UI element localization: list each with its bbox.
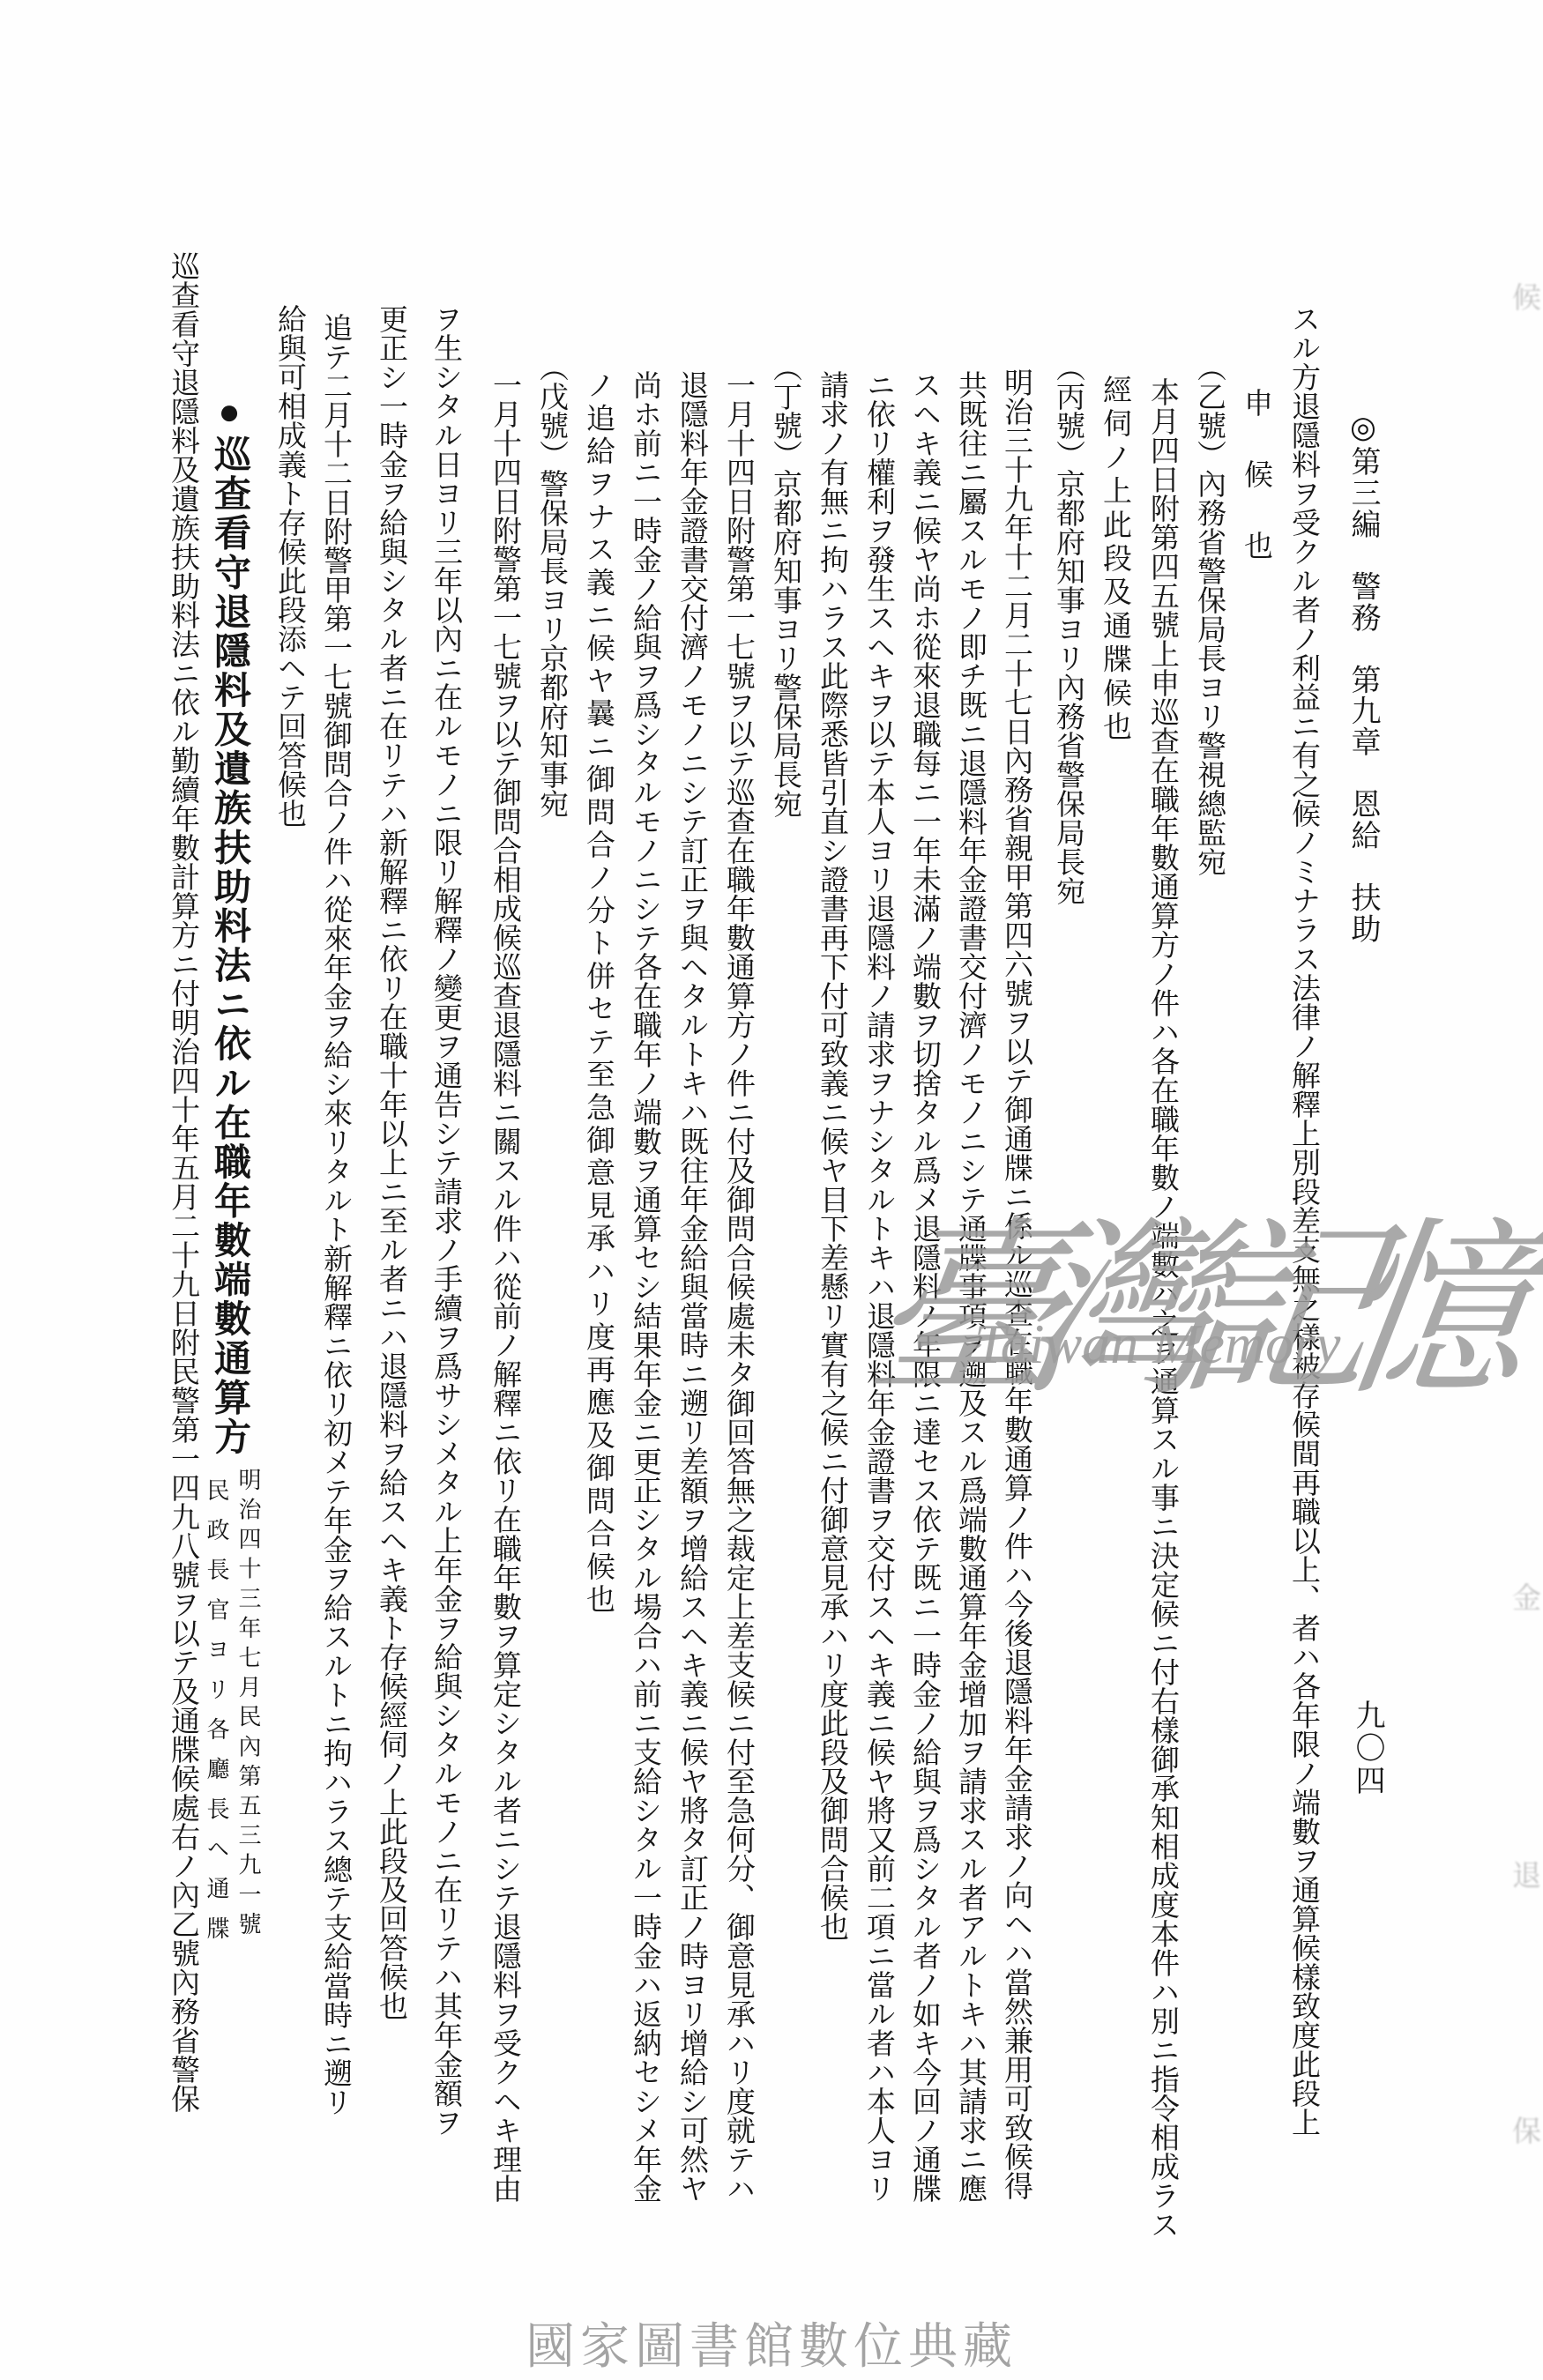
body-column-16: ノ追給ヲナス義ニ候ヤ曩ニ御問合ノ分ト併セテ至急御意見承ハリ度再應及御問合候也 <box>578 370 617 1613</box>
body-column-15: 尚ホ前ニ一時金ノ給與ヲ爲シタルモノニシテ各在職年ノ端數ヲ通算セシ結果年金ニ更正シ… <box>625 370 664 2111</box>
section-heading: ●巡查看守退隱料及遺族扶助料法ニ依ル在職年數端數通算方 <box>206 392 252 1454</box>
letter-heading-tei: ︵丁號︶京都府知事ヨリ警保局長宛 <box>765 353 804 807</box>
body-column-11: 請求ノ有無ニ拘ハラス此際悉皆引直シ證書再下付可致義ニ候ヤ目下差懸リ實有之候ニ付御… <box>812 370 851 1922</box>
edge-bleed-mark: 退 <box>1509 1860 1543 1889</box>
letter-heading-hei: ︵丙號︶京都府知事ヨリ內務省警保局長宛 <box>1048 353 1087 811</box>
edge-bleed-mark: 金 <box>1509 1582 1543 1611</box>
annotation-document-number: 明治四十三年七月民內第五三九一號 <box>235 1468 261 1935</box>
body-column-19: ヲ生シタル日ヨリ三年以內ニ在ルモノニ限リ解釋ノ變更ヲ通告シテ請求ノ手續ヲ爲サシメ… <box>426 304 465 2111</box>
body-column-14: 退隱料年金證書交付濟ノモノニシテ訂正ヲ與ヘタルトキハ既往年金給與當時ニ遡リ差額ヲ… <box>672 370 711 2111</box>
body-column-20: 更正シ一時金ヲ給與シタル者ニ在リテハ新解釋ニ依リ在職十年以上ニ至ル者ニハ退隱料ヲ… <box>371 304 410 1917</box>
letter-heading-otsu: ︵乙號︶內務省警保局長ヨリ警視總監宛 <box>1189 353 1228 818</box>
edge-bleed-mark: 候 <box>1509 282 1543 311</box>
taiwan-memory-watermark-latin: Taiwan Memory <box>974 1312 1468 1377</box>
running-head: ◎第三編 警務 第九章 恩給 扶助 <box>1344 410 1383 943</box>
annotation-sender: 民政長官ヨリ各廳長ヘ通牒 <box>203 1478 229 1939</box>
scanned-document-page: ◎第三編 警務 第九章 恩給 扶助 九〇四 スル方退隱料ヲ受クル者ノ利益ニ有之候… <box>0 0 1543 2380</box>
body-column-21: 追テ二月十二日附警甲第一七號御問合ノ件ハ從來年金ヲ給シ來リタルト新解釋ニ依リ初メ… <box>316 313 354 2111</box>
body-column-05: 經伺ノ上此段及通牒候也 <box>1095 375 1134 740</box>
body-column-22: 給與可相成義ト存候此段添ヘテ回答候也 <box>270 304 309 820</box>
body-column-26: 巡查看守退隱料及遺族扶助料法ニ依ル勤續年數計算方ニ付明治四十年五月二十九日附民警… <box>163 251 202 2107</box>
archive-credit: 國家圖書館數位典藏 <box>0 2308 1543 2378</box>
body-column-13: 一月十四日附警第一七號ヲ以テ巡查在職年數通算方ノ件ニ付及御問合候處未タ御回答無之… <box>719 370 757 2111</box>
page-number: 九〇四 <box>1347 1699 1386 1795</box>
edge-bleed-mark: 保 <box>1509 2116 1543 2145</box>
body-column-02: 申候也 <box>1236 388 1275 560</box>
body-column-18: 一月十四日附警第一七號ヲ以テ御問合相成候巡查退隱料ニ關スル件ハ從前ノ解釋ニ依リ在… <box>485 370 524 2111</box>
letter-heading-bo: ︵戊號︶警保局長ヨリ京都府知事宛 <box>532 353 570 807</box>
